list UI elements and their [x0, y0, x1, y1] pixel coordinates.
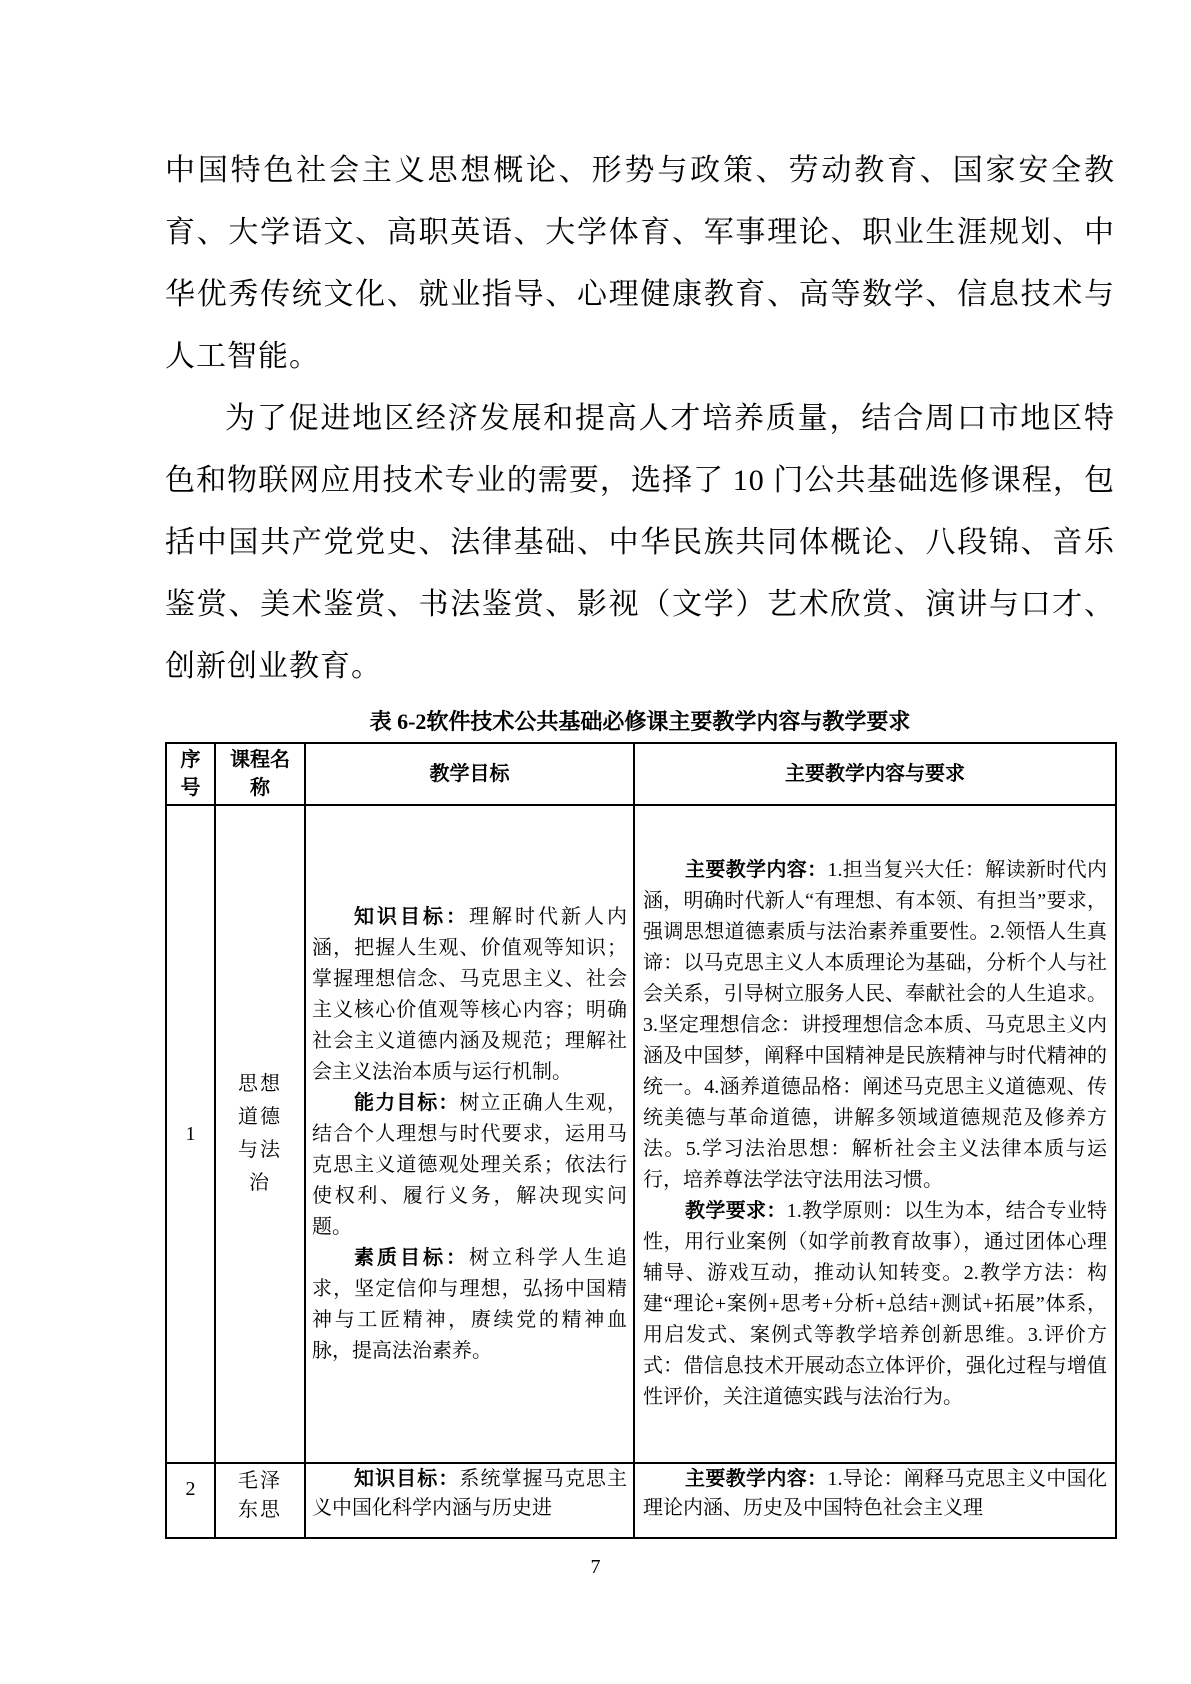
cell-paragraph-label: 主要教学内容： — [685, 1468, 827, 1490]
cell-paragraph-label: 主要教学内容： — [685, 859, 827, 881]
cell-paragraph: 能力目标：树立正确人生观，结合个人理想与时代要求，运用马克思主义道德观处理关系；… — [312, 1088, 627, 1243]
cell-paragraph-label: 知识目标： — [354, 906, 469, 928]
column-header-course-name: 课程名称 — [215, 743, 305, 805]
cell-paragraph-label: 知识目标： — [354, 1468, 459, 1490]
body-paragraph: 中国特色社会主义思想概论、形势与政策、劳动教育、国家安全教育、大学语文、高职英语… — [165, 140, 1115, 388]
cell-paragraph-label: 教学要求： — [685, 1200, 787, 1222]
cell-paragraph: 知识目标：系统掌握马克思主义中国化科学内涵与历史进 — [312, 1465, 627, 1523]
table-header-row: 序号 课程名称 教学目标 主要教学内容与要求 — [166, 743, 1116, 805]
table-caption: 表 6-2软件技术公共基础必修课主要教学内容与教学要求 — [165, 708, 1115, 736]
table-row: 2 毛泽东思 知识目标：系统掌握马克思主义中国化科学内涵与历史进 主要教学内容：… — [166, 1463, 1116, 1538]
column-header-teaching-objectives: 教学目标 — [305, 743, 634, 805]
cell-paragraph-label: 素质目标： — [354, 1247, 469, 1269]
document-page: 中国特色社会主义思想概论、形势与政策、劳动教育、国家安全教育、大学语文、高职英语… — [0, 0, 1191, 1684]
cell-paragraph: 知识目标：理解时代新人内涵，把握人生观、价值观等知识；掌握理想信念、马克思主义、… — [312, 902, 627, 1088]
cell-paragraph: 主要教学内容：1.担当复兴大任：解读新时代内涵，明确时代新人“有理想、有本领、有… — [643, 855, 1107, 1196]
cell-paragraph: 主要教学内容：1.导论：阐释马克思主义中国化理论内涵、历史及中国特色社会主义理 — [643, 1465, 1107, 1523]
body-paragraph: 为了促进地区经济发展和提高人才培养质量，结合周口市地区特色和物联网应用技术专业的… — [165, 388, 1115, 698]
row-number-cell: 2 — [166, 1463, 215, 1538]
course-name-cell: 毛泽东思 — [215, 1463, 305, 1538]
content-cell: 主要教学内容：1.导论：阐释马克思主义中国化理论内涵、历史及中国特色社会主义理 — [634, 1463, 1116, 1538]
page-number: 7 — [0, 1556, 1191, 1579]
course-table: 序号 课程名称 教学目标 主要教学内容与要求 1 思想道德与法治 知识目标：理解… — [165, 742, 1117, 1539]
cell-paragraph-label: 能力目标： — [354, 1092, 459, 1114]
course-name-cell: 思想道德与法治 — [215, 805, 305, 1463]
cell-paragraph: 教学要求：1.教学原则：以生为本，结合专业特性，用行业案例（如学前教育故事），通… — [643, 1196, 1107, 1413]
content-cell: 主要教学内容：1.担当复兴大任：解读新时代内涵，明确时代新人“有理想、有本领、有… — [634, 805, 1116, 1463]
row-number-cell: 1 — [166, 805, 215, 1463]
page-content: 中国特色社会主义思想概论、形势与政策、劳动教育、国家安全教育、大学语文、高职英语… — [165, 140, 1115, 1539]
table-row: 1 思想道德与法治 知识目标：理解时代新人内涵，把握人生观、价值观等知识；掌握理… — [166, 805, 1116, 1463]
column-header-main-content: 主要教学内容与要求 — [634, 743, 1116, 805]
objectives-cell: 知识目标：理解时代新人内涵，把握人生观、价值观等知识；掌握理想信念、马克思主义、… — [305, 805, 634, 1463]
column-header-number: 序号 — [166, 743, 215, 805]
cell-paragraph: 素质目标：树立科学人生追求，坚定信仰与理想，弘扬中国精神与工匠精神，赓续党的精神… — [312, 1243, 627, 1367]
objectives-cell: 知识目标：系统掌握马克思主义中国化科学内涵与历史进 — [305, 1463, 634, 1538]
